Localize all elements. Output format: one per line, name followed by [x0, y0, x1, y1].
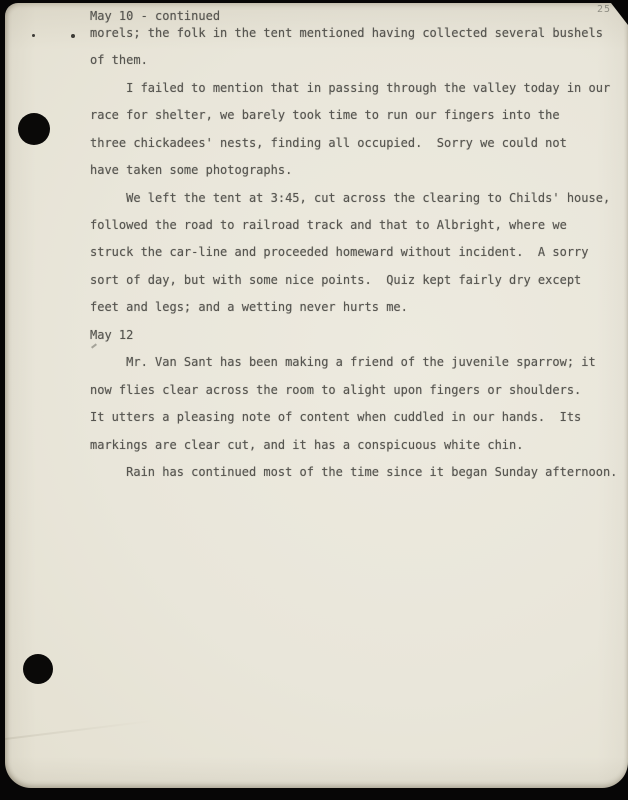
typed-line: three chickadees' nests, finding all occ… — [90, 130, 620, 157]
typed-text-block: May 10 - continued morels; the folk in t… — [90, 3, 620, 486]
typed-line: followed the road to railroad track and … — [90, 212, 620, 239]
typed-line: morels; the folk in the tent mentioned h… — [90, 20, 620, 47]
typed-line: have taken some photographs. — [90, 157, 620, 184]
typed-line: markings are clear cut, and it has a con… — [90, 432, 620, 459]
typed-line: We left the tent at 3:45, cut across the… — [90, 185, 620, 212]
typed-line: struck the car-line and proceeded homewa… — [90, 239, 620, 266]
typed-line: sort of day, but with some nice points. … — [90, 267, 620, 294]
typed-line: race for shelter, we barely took time to… — [90, 102, 620, 129]
typed-line: I failed to mention that in passing thro… — [90, 75, 620, 102]
scanned-document: 25 May 10 - continued morels; the folk i… — [0, 0, 628, 800]
paper-crease — [5, 720, 154, 740]
typed-line: It utters a pleasing note of content whe… — [90, 404, 620, 431]
typed-line: now flies clear across the room to aligh… — [90, 377, 620, 404]
typed-line: feet and legs; and a wetting never hurts… — [90, 294, 620, 321]
hole-punch-top — [18, 113, 50, 145]
paper-page: 25 May 10 - continued morels; the folk i… — [5, 3, 628, 788]
ink-dot — [32, 34, 35, 37]
typed-line-date-heading: May 12 — [90, 322, 620, 349]
typed-line: of them. — [90, 47, 620, 74]
hole-punch-bottom — [23, 654, 53, 684]
typed-line: Mr. Van Sant has been making a friend of… — [90, 349, 620, 376]
typed-line: Rain has continued most of the time sinc… — [90, 459, 620, 486]
ink-dot — [71, 34, 75, 38]
